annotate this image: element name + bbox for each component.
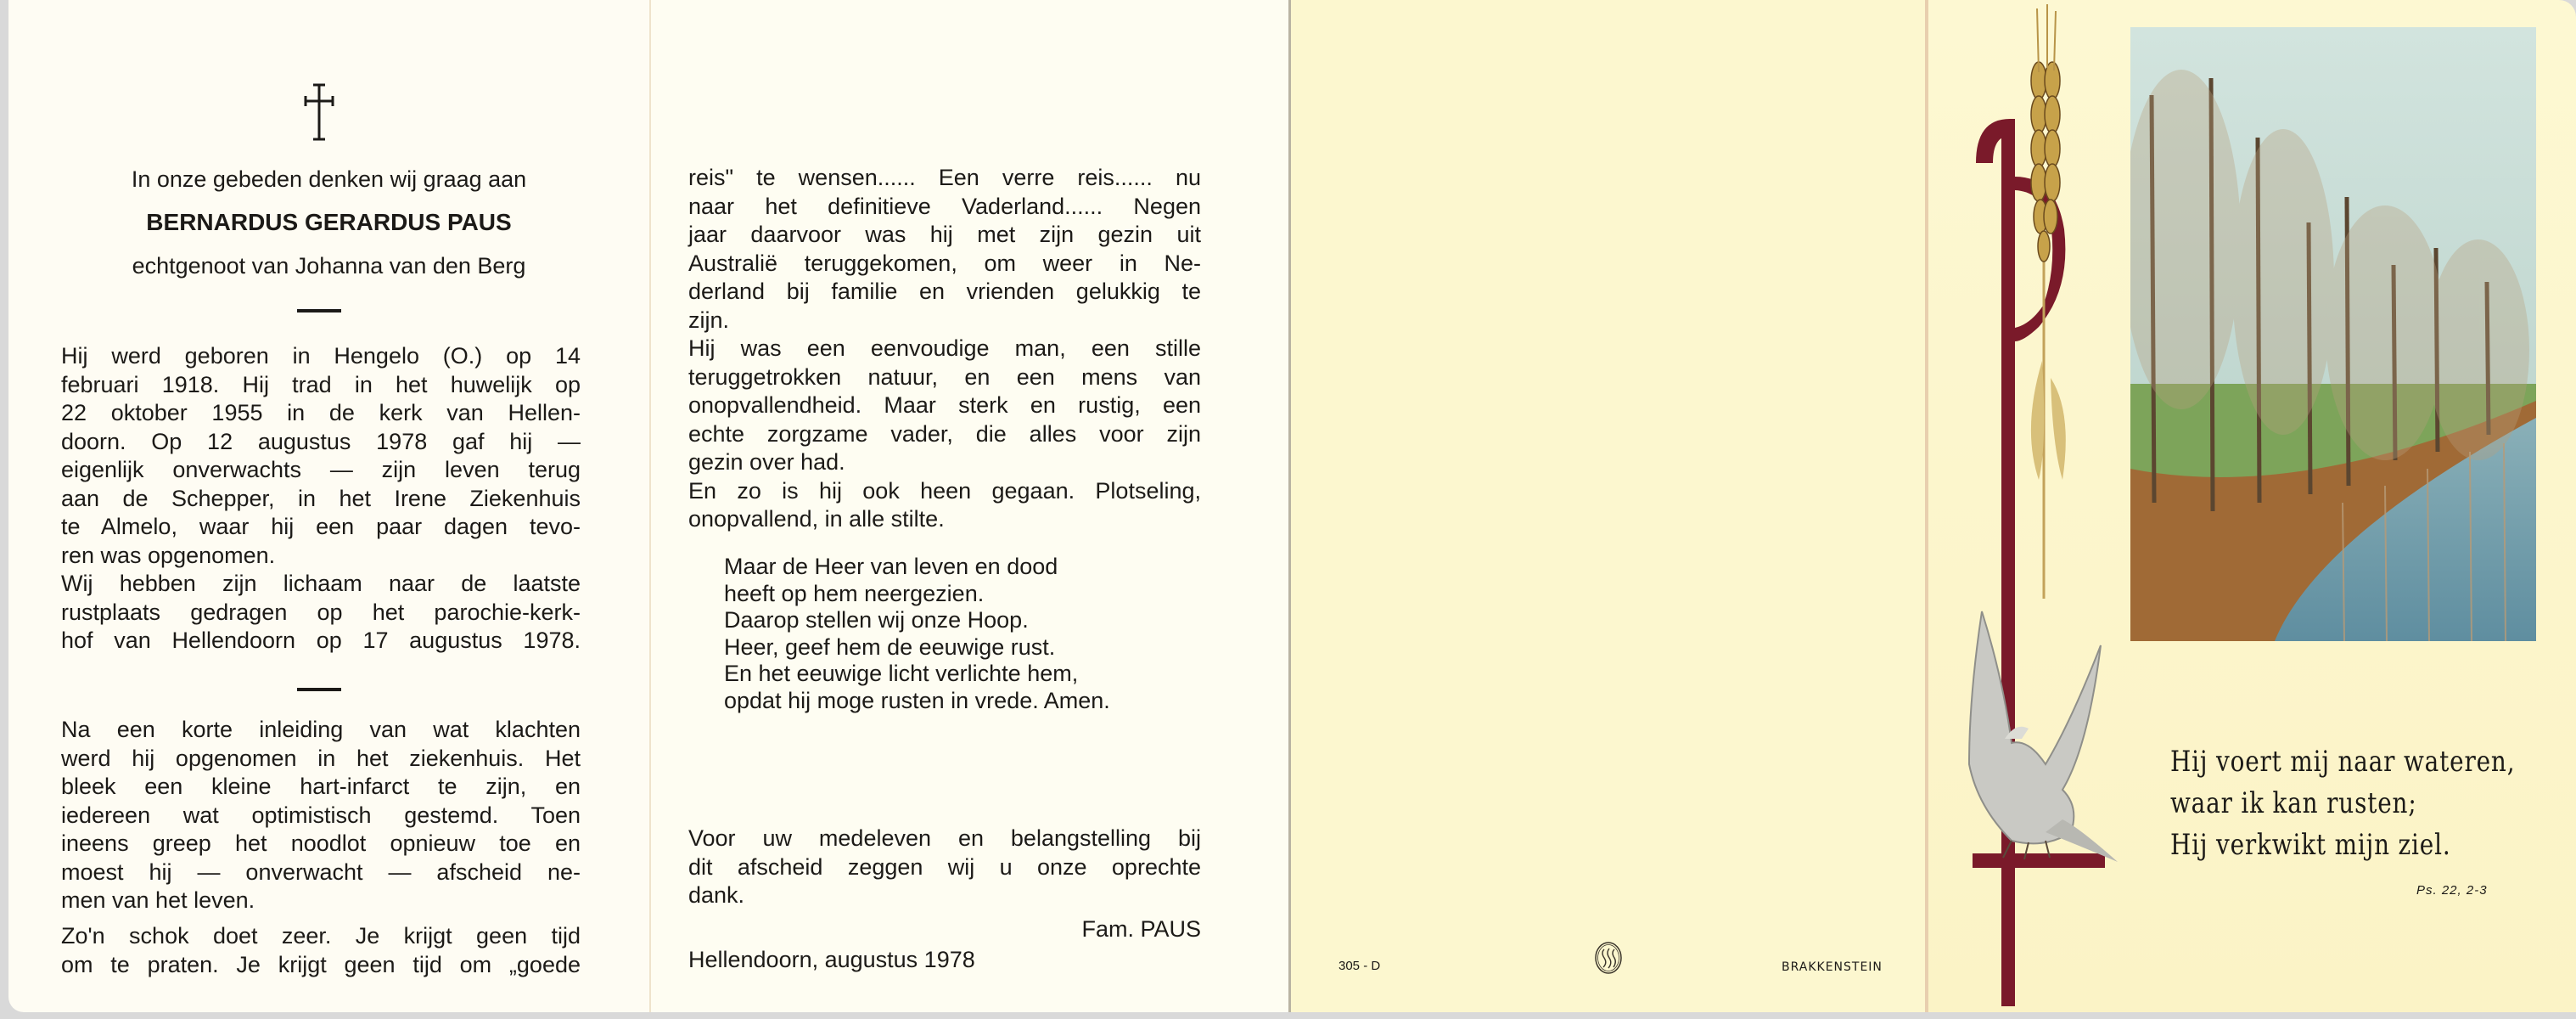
text-line: om te praten. Je krijgt geen tijd om „go… bbox=[61, 951, 581, 980]
text-line: reis" te wensen...... Een verre reis....… bbox=[688, 164, 1201, 193]
text-line: jaar daarvoor was hij met zijn gezin uit bbox=[688, 221, 1201, 250]
family-signature: Fam. PAUS bbox=[688, 915, 1201, 944]
verse-reference: Ps. 22, 2-3 bbox=[2416, 883, 2488, 898]
deceased-name: BERNARDUS GERARDUS PAUS bbox=[8, 209, 649, 236]
text-line: Wij hebben zijn lichaam naar de laatste bbox=[61, 570, 581, 599]
place-date: Hellendoorn, augustus 1978 bbox=[688, 946, 1201, 975]
text-line: Daarop stellen wij onze Hoop. bbox=[724, 607, 1110, 634]
text-line: Australië teruggekomen, om weer in Ne- bbox=[688, 250, 1201, 279]
thanks-paragraph: Voor uw medeleven en belangstelling bij … bbox=[688, 825, 1201, 910]
text-line: Maar de Heer van leven en dood bbox=[724, 554, 1110, 581]
text-line: eigenlijk onverwachts — zijn leven terug bbox=[61, 456, 581, 485]
text-line: februari 1918. Hij trad in het huwelijk … bbox=[61, 371, 581, 400]
text-line: Zo'n schok doet zeer. Je krijgt geen tij… bbox=[61, 922, 581, 951]
text-line: iedereen wat optimistisch gestemd. Toen bbox=[61, 802, 581, 830]
publisher-monogram-icon bbox=[1594, 941, 1623, 975]
dove-icon bbox=[1944, 594, 2122, 866]
latin-cross-icon bbox=[304, 82, 334, 142]
text-line: hof van Hellendoorn op 17 augustus 1978. bbox=[61, 627, 581, 656]
text-line: Na een korte inleiding van wat klachten bbox=[61, 716, 581, 745]
spouse-line: echtgenoot van Johanna van den Berg bbox=[8, 253, 649, 279]
card-panel-3: 305 - D BRAKKENSTEIN bbox=[1288, 0, 1925, 1012]
illness-paragraph: Na een korte inleiding van wat klachten … bbox=[61, 716, 581, 915]
card-panel-4-front: Hij voert mij naar wateren, waar ik kan … bbox=[1925, 0, 2576, 1012]
psalm-verse: Hij voert mij naar wateren, waar ik kan … bbox=[2170, 741, 2576, 866]
text-line: En het eeuwige licht verlichte hem, bbox=[724, 661, 1110, 688]
closing-paragraph: Zo'n schok doet zeer. Je krijgt geen tij… bbox=[61, 922, 581, 979]
text-line: derland bij familie en vrienden gelukkig… bbox=[688, 278, 1201, 307]
verse-line: Hij verkwikt mijn ziel. bbox=[2170, 825, 2515, 866]
text-line: doorn. Op 12 augustus 1978 gaf hij — bbox=[61, 428, 581, 457]
text-line: naar het definitieve Vaderland...... Neg… bbox=[688, 193, 1201, 222]
text-line: teruggetrokken natuur, en een mens van bbox=[688, 363, 1201, 392]
text-line: Hij werd geboren in Hengelo (O.) op 14 bbox=[61, 342, 581, 371]
card-code: 305 - D bbox=[1339, 959, 1380, 973]
text-line: rustplaats gedragen op het parochie-kerk… bbox=[61, 599, 581, 628]
text-line: bleek een kleine hart-infarct te zijn, e… bbox=[61, 773, 581, 802]
text-line: Voor uw medeleven en belangstelling bij bbox=[688, 825, 1201, 853]
text-line: Hij was een eenvoudige man, een stille bbox=[688, 335, 1201, 363]
text-line: heeft op hem neergezien. bbox=[724, 581, 1110, 608]
signature-text: Fam. PAUS bbox=[1081, 916, 1201, 942]
intro-line: In onze gebeden denken wij graag aan bbox=[8, 166, 649, 193]
text-line: aan de Schepper, in het Irene Ziekenhuis bbox=[61, 485, 581, 514]
text-line: En zo is hij ook heen gegaan. Plotseling… bbox=[688, 477, 1201, 506]
text-line: echte zorgzame vader, die alles voor zij… bbox=[688, 420, 1201, 449]
text-line: dank. bbox=[688, 881, 1201, 910]
verse-line: waar ik kan rusten; bbox=[2170, 783, 2515, 825]
text-line: dit afscheid zeggen wij u onze oprechte bbox=[688, 853, 1201, 882]
text-line: ren was opgenomen. bbox=[61, 542, 581, 571]
text-line: men van het leven. bbox=[61, 887, 581, 915]
card-panel-2: reis" te wensen...... Een verre reis....… bbox=[649, 0, 1288, 1012]
card-panel-1: In onze gebeden denken wij graag aan BER… bbox=[8, 0, 649, 1012]
text-line: zijn. bbox=[688, 307, 1201, 335]
landscape-photo bbox=[2130, 27, 2536, 641]
verse-line: Hij voert mij naar wateren, bbox=[2170, 741, 2515, 783]
prayer-verse: Maar de Heer van leven en dood heeft op … bbox=[724, 554, 1110, 714]
text-line: onopvallend, in alle stilte. bbox=[688, 505, 1201, 534]
biography-paragraph: Hij werd geboren in Hengelo (O.) op 14 f… bbox=[61, 342, 581, 656]
text-line: werd hij opgenomen in het ziekenhuis. He… bbox=[61, 745, 581, 774]
life-paragraph: reis" te wensen...... Een verre reis....… bbox=[688, 164, 1201, 534]
text-line: te Almelo, waar hij een paar dagen tevo- bbox=[61, 513, 581, 542]
text-line: ineens greep het noodlot opnieuw toe en bbox=[61, 830, 581, 859]
text-line: Heer, geef hem de eeuwige rust. bbox=[724, 634, 1110, 662]
text-line: moest hij — onverwacht — afscheid ne- bbox=[61, 859, 581, 887]
text-line: opdat hij moge rusten in vrede. Amen. bbox=[724, 688, 1110, 715]
text-line: gezin over had. bbox=[688, 448, 1201, 477]
text-line: 22 oktober 1955 in de kerk van Hellen- bbox=[61, 399, 581, 428]
divider bbox=[297, 688, 341, 691]
publisher-name: BRAKKENSTEIN bbox=[1782, 960, 1883, 974]
place-date-text: Hellendoorn, augustus 1978 bbox=[688, 947, 975, 972]
divider bbox=[297, 309, 341, 312]
text-line: onopvallendheid. Maar sterk en rustig, e… bbox=[688, 391, 1201, 420]
